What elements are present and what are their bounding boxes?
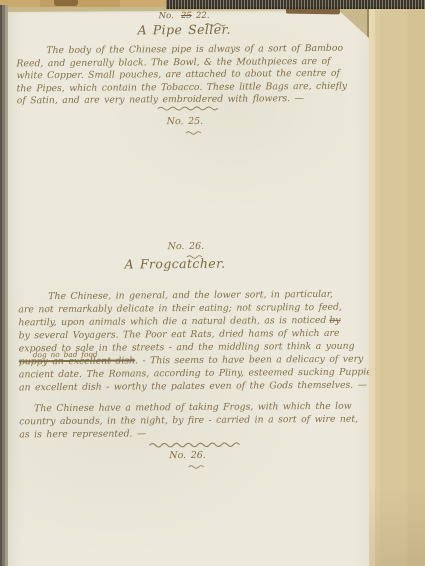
emended-line: dog no bad food puppy an excellent dish.… — [19, 354, 369, 368]
manuscript-photo: { "document": { "header": { "prefix": "N… — [0, 0, 425, 566]
text-line-with-struck-word: heartily, upon animals which die a natur… — [18, 315, 368, 329]
struck-word: by — [329, 315, 340, 326]
interlinear-insertion: dog no bad food — [33, 349, 98, 361]
text-line: country abounds, in the night, by fire -… — [19, 414, 369, 428]
text-line: the Pipes, which contain the Tobacco. Th… — [17, 80, 367, 94]
binding-texture-band — [166, 0, 425, 9]
text-line: an excellent dish - worthy the palates e… — [19, 380, 369, 394]
section2-end-number: No. 26. — [12, 449, 364, 463]
text-line: Reed, and generally black. The Bowl, & t… — [16, 55, 366, 69]
flourish-small — [188, 464, 210, 470]
flourish-small — [185, 130, 205, 136]
text-line: as is here represented. — — [19, 427, 369, 441]
text-line: are not remarkably delicate in their eat… — [18, 302, 368, 316]
flourish-medium — [157, 105, 219, 112]
heading-prefix: No. — [159, 11, 174, 21]
section2-number: No. 26. — [10, 240, 362, 254]
text-line: ancient date. The Romans, according to P… — [19, 367, 369, 381]
handwritten-text-layer: No. 25 22. A Pipe Seller. The body of th… — [8, 4, 373, 566]
text-line: The Chinese, in general, and the lower s… — [18, 289, 368, 303]
ink-blotch — [54, 0, 78, 6]
page-stack-edge — [367, 6, 425, 566]
heading-number: 22. — [196, 11, 210, 21]
section2-title: A Frogcatcher. — [10, 257, 340, 271]
section1-title: A Pipe Seller. — [8, 23, 360, 37]
text-line: white Copper. Small pouches, are attache… — [17, 68, 367, 82]
text-segment: . - This seems to have been a delicacy o… — [135, 354, 363, 367]
text-line: The body of the Chinese pipe is always o… — [16, 43, 366, 57]
flourish-long — [148, 441, 244, 450]
text-segment: heartily, upon animals which die a natur… — [18, 315, 326, 328]
gutter-shadow — [0, 5, 8, 566]
text-line: The Chinese have a method of taking Frog… — [19, 401, 369, 415]
heading-struck-number: 25 — [181, 11, 192, 21]
text-line: by several Voyagers. The Poor eat Rats, … — [19, 328, 369, 342]
section1-end-number: No. 25. — [9, 115, 361, 129]
manuscript-page: No. 25 22. A Pipe Seller. The body of th… — [8, 5, 369, 566]
